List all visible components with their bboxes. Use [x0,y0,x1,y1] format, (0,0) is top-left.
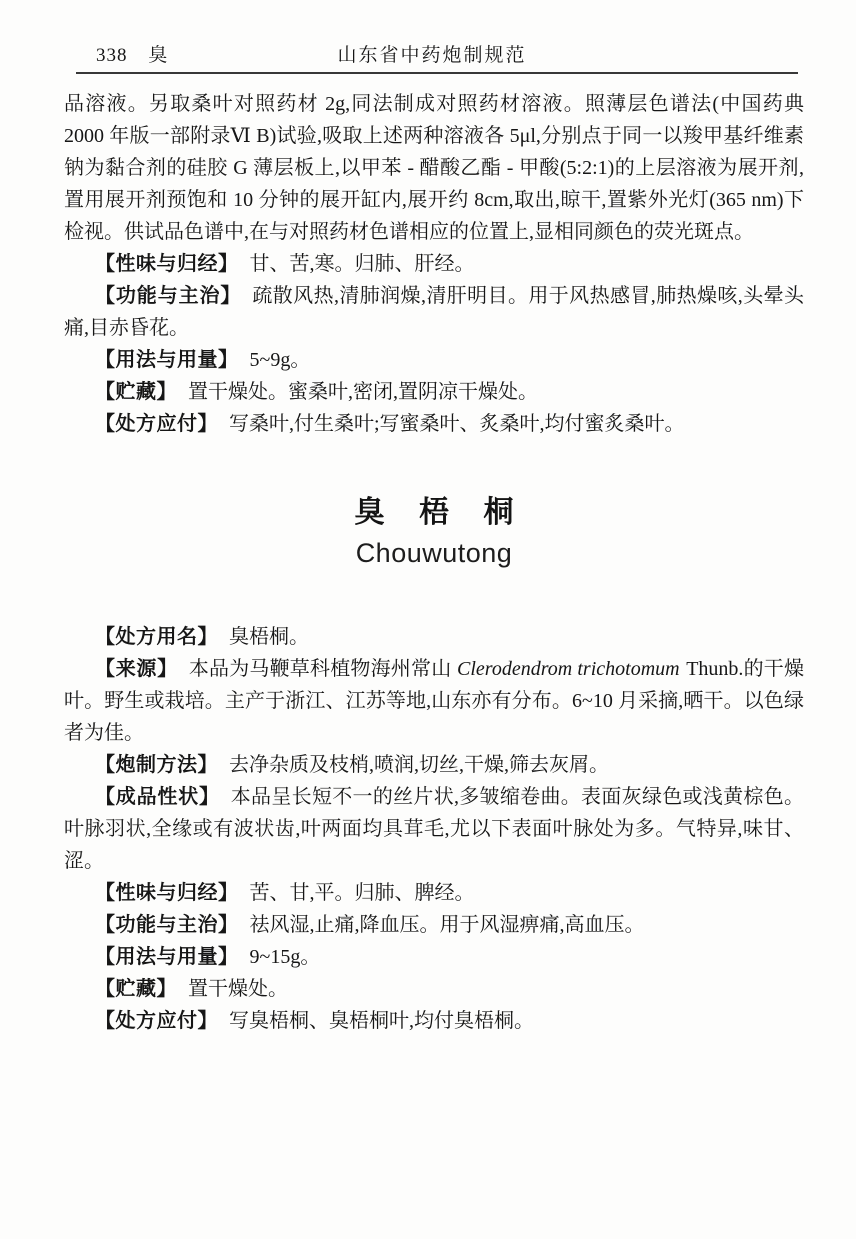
guide-word: 臭 [148,45,167,66]
entry-text: 5~9g。 [250,349,311,371]
entry-text: 去净杂质及枝梢,喷润,切丝,干燥,筛去灰屑。 [229,754,609,776]
entry-xingwei-guijing: 【性味与归经】苦、甘,平。归肺、脾经。 [64,877,804,909]
entry-chengpin-xingzhuang: 【成品性状】本品呈长短不一的丝片状,多皱缩卷曲。表面灰绿色或浅黄棕色。叶脉羽状,… [64,781,804,877]
header-rule [76,72,798,74]
entry-chufang-yingfu: 【处方应付】写臭梧桐、臭梧桐叶,均付臭梧桐。 [64,1005,804,1037]
running-header: 338 臭 山东省中药炮制规范 [64,42,800,70]
entry-label: 【功能与主治】 [95,914,239,936]
entry-label: 【性味与归经】 [95,882,239,904]
entry-chufang-yongming: 【处方用名】臭梧桐。 [64,621,804,653]
entry-label: 【处方用名】 [95,626,218,648]
page-number: 338 [96,45,128,66]
latin-binomial: Clerodendrom trichotomum [457,658,680,680]
entry-sangye-chufang: 【处方应付】写桑叶,付生桑叶;写蜜桑叶、炙桑叶,均付蜜炙桑叶。 [64,408,804,440]
entry-gongneng-zhuzhi: 【功能与主治】祛风湿,止痛,降血压。用于风湿痹痛,高血压。 [64,909,804,941]
entry-text: 9~15g。 [250,946,321,968]
page-content: 品溶液。另取桑叶对照药材 2g,同法制成对照药材溶液。照薄层色谱法(中国药典 2… [64,88,804,1037]
entry-paozhi-fangfa: 【炮制方法】去净杂质及枝梢,喷润,切丝,干燥,筛去灰屑。 [64,749,804,781]
entry-label: 【性味与归经】 [95,253,239,275]
entry-sangye-gongneng: 【功能与主治】疏散风热,清肺润燥,清肝明目。用于风热感冒,肺热燥咳,头晕头痛,目… [64,280,804,344]
entry-label: 【用法与用量】 [95,349,239,371]
entry-label: 【贮藏】 [95,381,177,403]
tlc-test-paragraph: 品溶液。另取桑叶对照药材 2g,同法制成对照药材溶液。照薄层色谱法(中国药典 2… [64,88,804,248]
entry-label: 【处方应付】 [95,1010,218,1032]
entry-text: 甘、苦,寒。归肺、肝经。 [250,253,475,275]
entry-laiyuan: 【来源】本品为马鞭草科植物海州常山Clerodendrom trichotomu… [64,653,804,749]
entry-label: 【功能与主治】 [95,285,241,307]
entry-label: 【贮藏】 [95,978,177,1000]
running-title: 山东省中药炮制规范 [337,42,526,70]
entry-label: 【处方应付】 [95,413,218,435]
scanned-book-page: 338 臭 山东省中药炮制规范 品溶液。另取桑叶对照药材 2g,同法制成对照药材… [0,0,856,1239]
entry-label: 【用法与用量】 [95,946,239,968]
entry-text: 置干燥处。蜜桑叶,密闭,置阴凉干燥处。 [188,381,538,403]
monograph-title-pinyin: Chouwutong [64,537,804,569]
monograph-body: 【处方用名】臭梧桐。 【来源】本品为马鞭草科植物海州常山Clerodendrom… [64,621,804,1037]
page-number-group: 338 臭 [96,42,167,70]
entry-sangye-xingwei: 【性味与归经】甘、苦,寒。归肺、肝经。 [64,248,804,280]
entry-zhucang: 【贮藏】置干燥处。 [64,973,804,1005]
entry-text: 臭梧桐。 [229,626,309,648]
entry-text: 祛风湿,止痛,降血压。用于风湿痹痛,高血压。 [250,914,645,936]
entry-label: 【炮制方法】 [95,754,218,776]
entry-sangye-yongfa: 【用法与用量】5~9g。 [64,344,804,376]
entry-yongfa-yongliang: 【用法与用量】9~15g。 [64,941,804,973]
monograph-title-cn: 臭梧桐 [64,495,804,531]
entry-text: 写桑叶,付生桑叶;写蜜桑叶、炙桑叶,均付蜜炙桑叶。 [229,413,685,435]
entry-label: 【成品性状】 [95,786,220,808]
entry-text: 写臭梧桐、臭梧桐叶,均付臭梧桐。 [229,1010,534,1032]
entry-text: 本品为马鞭草科植物海州常山 [189,658,452,680]
entry-text: 置干燥处。 [188,978,288,1000]
entry-label: 【来源】 [95,658,178,680]
latin-author: Thunb. [686,658,743,680]
entry-sangye-zhucang: 【贮藏】置干燥处。蜜桑叶,密闭,置阴凉干燥处。 [64,376,804,408]
entry-text: 苦、甘,平。归肺、脾经。 [250,882,475,904]
